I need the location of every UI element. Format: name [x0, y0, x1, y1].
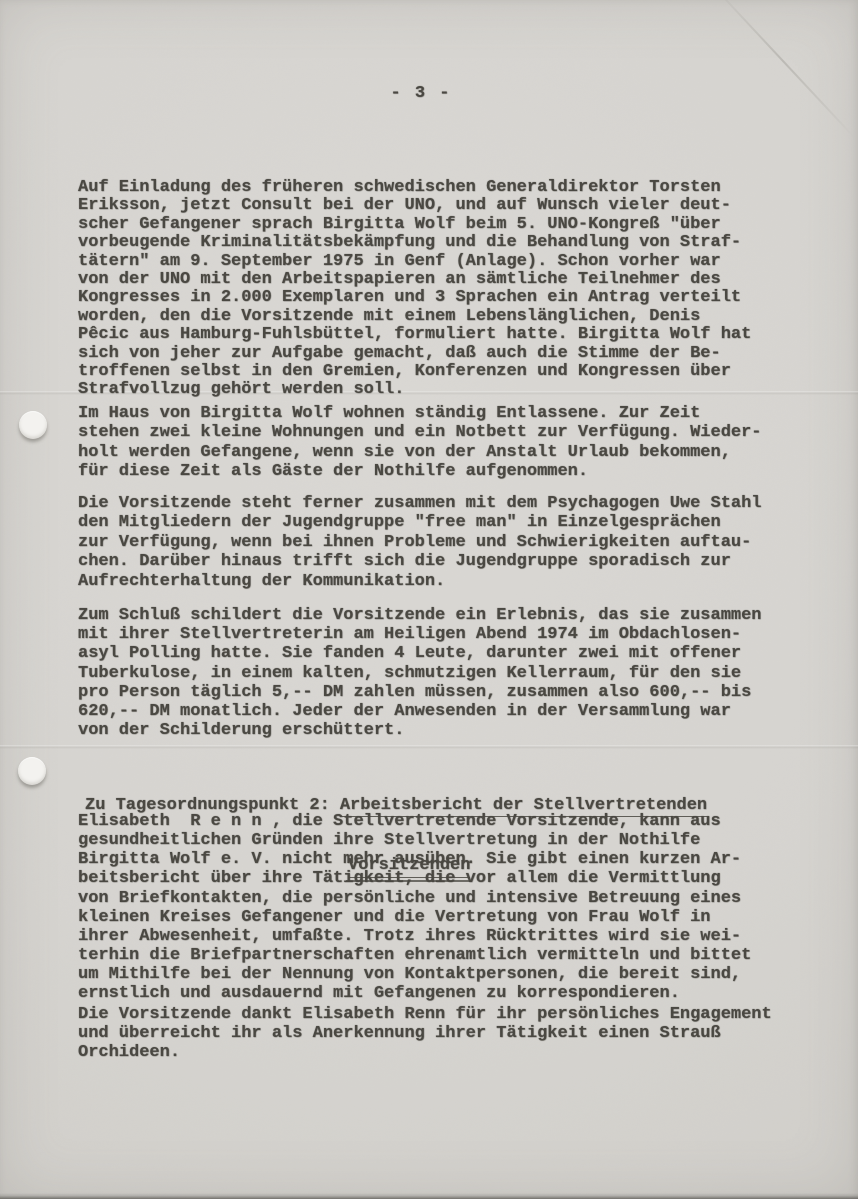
- paragraph-thanks-orchids: Die Vorsitzende dankt Elisabeth Renn für…: [78, 1005, 772, 1063]
- paragraph-christmas-eve: Zum Schluß schildert die Vorsitzende ein…: [78, 606, 762, 740]
- hole-punch: [19, 411, 47, 439]
- scan-bottom-edge: [0, 1193, 858, 1199]
- hole-punch: [18, 757, 46, 785]
- paper-corner-crease: [711, 0, 856, 138]
- paper-fold-crease: [0, 745, 858, 749]
- paragraph-house-released: Im Haus von Birgitta Wolf wohnen ständig…: [78, 404, 762, 481]
- paragraph-elisabeth-renn-report: Elisabeth R e n n , die Stellvertretende…: [78, 812, 751, 1004]
- page-number: - 3 -: [0, 84, 842, 103]
- paragraph-youth-group: Die Vorsitzende steht ferner zusammen mi…: [78, 494, 762, 591]
- scanned-document-page: - 3 - Auf Einladung des früheren schwedi…: [0, 0, 858, 1199]
- paragraph-uno-congress: Auf Einladung des früheren schwedischen …: [78, 179, 751, 400]
